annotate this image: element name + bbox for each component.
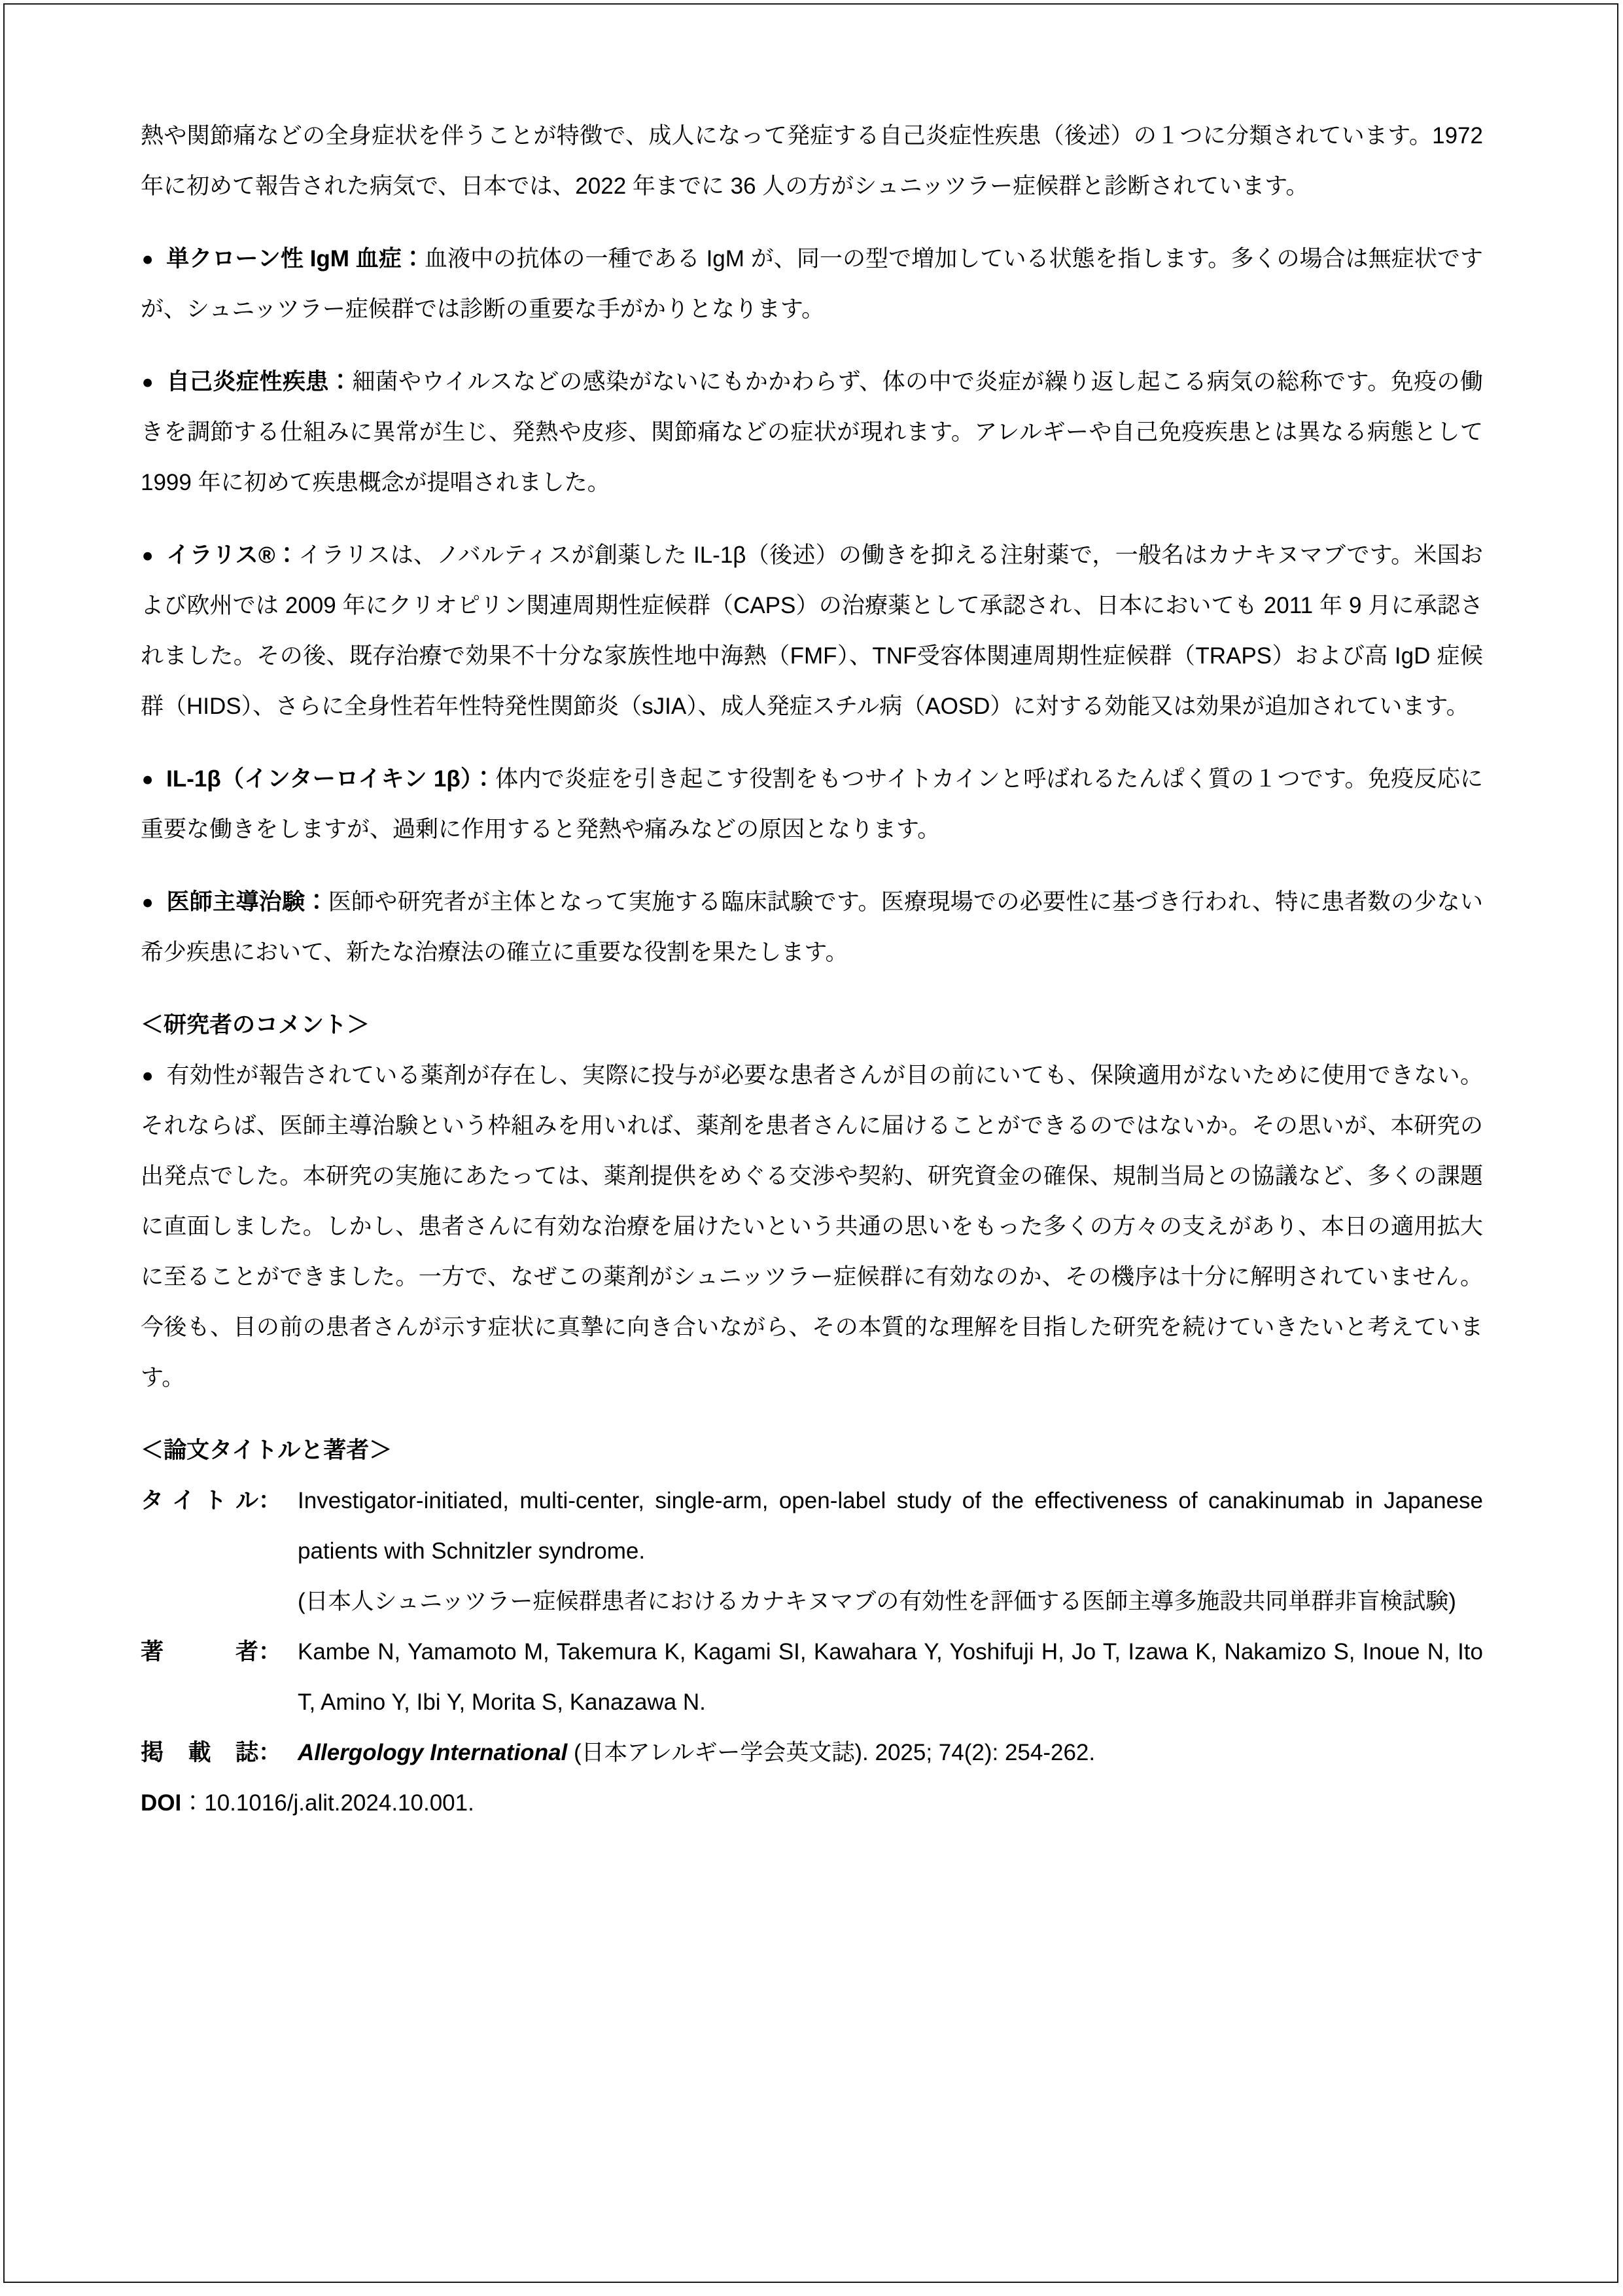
glossary-entry-investigator-initiated-trial: ●医師主導治験：医師や研究者が主体となって実施する臨床試験です。医療現場での必要… [141,877,1483,978]
term-colon: ： [275,542,299,568]
paper-journal-row: 掲載誌： Allergology International (日本アレルギー学… [141,1727,1483,1778]
paper-title-label: タイトル： [141,1475,298,1526]
glossary-term: 自己炎症性疾患 [166,369,329,395]
term-colon: ： [305,889,328,915]
term-colon: ： [329,369,352,395]
paper-journal-label: 掲載誌： [141,1727,298,1778]
researcher-comment-text: 有効性が報告されている薬剤が存在し、実際に投与が必要な患者さんが目の前にいても、… [141,1063,1483,1390]
paper-authors-row: 著者： Kambe N, Yamamoto M, Takemura K, Kag… [141,1627,1483,1727]
paper-authors-content: Kambe N, Yamamoto M, Takemura K, Kagami … [298,1627,1483,1727]
glossary-entry-ilaris: ●イラリス®：イラリスは、ノバルティスが創薬した IL-1β（後述）の働きを抑え… [141,530,1483,732]
paper-doi-row: DOI：10.1016/j.alit.2024.10.001. [141,1778,1483,1828]
glossary-term: 医師主導治験 [166,889,305,915]
paper-journal-name: Allergology International [298,1740,567,1765]
glossary-definition: イラリスは、ノバルティスが創薬した IL-1β（後述）の働きを抑える注射薬で，一… [141,542,1483,719]
bullet-icon: ● [142,534,154,576]
paper-journal-content: Allergology International (日本アレルギー学会英文誌)… [298,1727,1483,1778]
bullet-icon: ● [142,881,154,923]
bullet-icon: ● [142,238,154,280]
bullet-icon: ● [142,758,154,800]
paper-title-row: タイトル： Investigator-initiated, multi-cent… [141,1475,1483,1627]
paper-title-english: Investigator-initiated, multi-center, si… [298,1475,1483,1576]
label-colon: ： [258,1639,281,1665]
glossary-term: IL-1β（インターロイキン 1β） [166,766,472,792]
paper-authors-label: 著者： [141,1627,298,1677]
glossary-entry-autoinflammatory-disease: ●自己炎症性疾患：細菌やウイルスなどの感染がないにもかかわらず、体の中で炎症が繰… [141,357,1483,508]
intro-paragraph: 熱や関節痛などの全身症状を伴うことが特徴で、成人になって発症する自己炎症性疾患（… [141,111,1483,211]
label-colon: ： [258,1488,281,1513]
glossary-term: 単クローン性 IgM 血症 [166,246,402,272]
paper-doi-label: DOI [141,1790,181,1816]
paper-title-japanese: (日本人シュニッツラー症候群患者におけるカナキヌマブの有効性を評価する医師主導多… [298,1576,1483,1627]
paper-title-content: Investigator-initiated, multi-center, si… [298,1475,1483,1627]
paper-doi-value: 10.1016/j.alit.2024.10.001. [204,1790,474,1816]
label-colon: ： [181,1790,204,1816]
paper-title-authors-heading: ＜論文タイトルと著者＞ [141,1425,1483,1475]
paper-journal-citation: Allergology International (日本アレルギー学会英文誌)… [298,1727,1483,1778]
paper-journal-rest: (日本アレルギー学会英文誌). 2025; 74(2): 254-262. [567,1740,1095,1765]
document-body: 熱や関節痛などの全身症状を伴うことが特徴で、成人になって発症する自己炎症性疾患（… [141,111,1483,1828]
glossary-entry-monoclonal-igm: ●単クローン性 IgM 血症：血液中の抗体の一種である IgM が、同一の型で増… [141,234,1483,334]
paper-title-label-text: タイトル [141,1475,258,1526]
researcher-comment-heading: ＜研究者のコメント＞ [141,1000,1483,1050]
paper-authors-label-text: 著者 [141,1627,258,1677]
glossary-term: イラリス® [166,542,275,568]
paper-authors-list: Kambe N, Yamamoto M, Takemura K, Kagami … [298,1627,1483,1727]
paper-journal-label-text: 掲載誌 [141,1727,258,1778]
glossary-definition: 医師や研究者が主体となって実施する臨床試験です。医療現場での必要性に基づき行われ… [141,889,1483,965]
label-colon: ： [258,1740,281,1765]
term-colon: ： [472,766,495,792]
term-colon: ： [402,246,425,272]
researcher-comment-paragraph: ●有効性が報告されている薬剤が存在し、実際に投与が必要な患者さんが目の前にいても… [141,1050,1483,1403]
page-frame: 熱や関節痛などの全身症状を伴うことが特徴で、成人になって発症する自己炎症性疾患（… [3,3,1618,2283]
glossary-entry-il1b: ●IL-1β（インターロイキン 1β）：体内で炎症を引き起こす役割をもつサイトカ… [141,754,1483,855]
bullet-icon: ● [142,1054,154,1097]
bullet-icon: ● [142,361,154,403]
